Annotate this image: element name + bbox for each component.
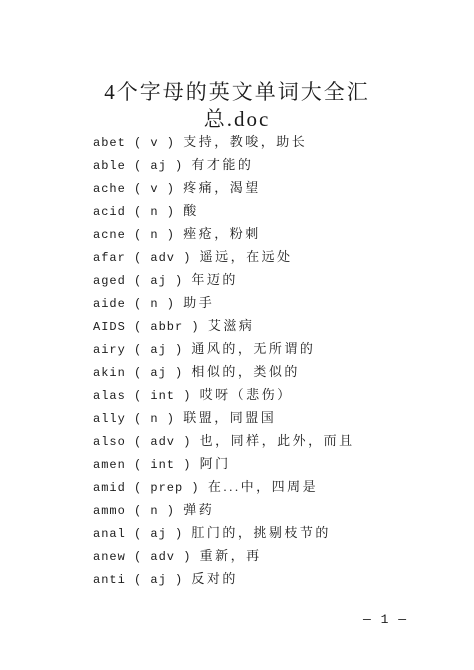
word-list-entry: akin ( aj ) 相似的，类似的 <box>93 360 444 383</box>
entry-meaning: 哎呀（悲伤） <box>200 387 293 402</box>
entry-word-and-pos: acid ( n ) <box>93 205 183 219</box>
entry-word-and-pos: anti ( aj ) <box>93 573 191 587</box>
entry-word-and-pos: abet ( v ) <box>93 136 183 150</box>
entry-word-and-pos: afar ( adv ) <box>93 251 200 265</box>
entry-meaning: 反对的 <box>191 571 238 586</box>
word-list-entry: ally ( n ) 联盟，同盟国 <box>93 406 444 429</box>
word-list-entry: acid ( n ) 酸 <box>93 199 444 222</box>
word-list-entry: amid ( prep ) 在...中，四周是 <box>93 475 444 498</box>
entry-word-and-pos: alas ( int ) <box>93 389 200 403</box>
word-list-entry: anal ( aj ) 肛门的，挑剔枝节的 <box>93 521 444 544</box>
word-list-entry: amen ( int ) 阿门 <box>93 452 444 475</box>
entry-meaning: 在...中，四周是 <box>208 479 318 494</box>
entry-word-and-pos: also ( adv ) <box>93 435 200 449</box>
word-list-entry: abet ( v ) 支持，教唆，助长 <box>93 130 444 153</box>
word-list-entry: aide ( n ) 助手 <box>93 291 444 314</box>
entry-meaning: 重新，再 <box>200 548 262 563</box>
entry-meaning: 弹药 <box>183 502 214 517</box>
word-list-entry: AIDS ( abbr ) 艾滋病 <box>93 314 444 337</box>
entry-word-and-pos: able ( aj ) <box>93 159 191 173</box>
entry-meaning: 酸 <box>183 203 199 218</box>
entry-word-and-pos: amen ( int ) <box>93 458 200 472</box>
entry-word-and-pos: akin ( aj ) <box>93 366 191 380</box>
entry-meaning: 痤疮，粉刺 <box>183 226 261 241</box>
entry-meaning: 助手 <box>183 295 214 310</box>
word-list-entry: airy ( aj ) 通风的，无所谓的 <box>93 337 444 360</box>
document-title-line1: 4个字母的英文单词大全汇 <box>104 80 370 104</box>
entry-word-and-pos: AIDS ( abbr ) <box>93 320 208 334</box>
word-list-entry: aged ( aj ) 年迈的 <box>93 268 444 291</box>
entry-word-and-pos: airy ( aj ) <box>93 343 191 357</box>
entry-word-and-pos: ally ( n ) <box>93 412 183 426</box>
word-list-entry: afar ( adv ) 遥远，在远处 <box>93 245 444 268</box>
word-list-entry: ache ( v ) 疼痛，渴望 <box>93 176 444 199</box>
word-list-entry: acne ( n ) 痤疮，粉刺 <box>93 222 444 245</box>
entry-word-and-pos: aide ( n ) <box>93 297 183 311</box>
word-list-entry: anti ( aj ) 反对的 <box>93 567 444 590</box>
word-list-entry: ammo ( n ) 弹药 <box>93 498 444 521</box>
entry-word-and-pos: ache ( v ) <box>93 182 183 196</box>
entry-meaning: 联盟，同盟国 <box>183 410 276 425</box>
document-title: 4个字母的英文单词大全汇 总.doc <box>0 79 474 133</box>
entry-meaning: 阿门 <box>200 456 231 471</box>
entry-word-and-pos: amid ( prep ) <box>93 481 208 495</box>
entry-meaning: 艾滋病 <box>208 318 255 333</box>
page-number: — 1 — <box>363 612 407 628</box>
word-list: abet ( v ) 支持，教唆，助长 able ( aj ) 有才能的 ach… <box>93 130 444 590</box>
entry-word-and-pos: ammo ( n ) <box>93 504 183 518</box>
document-title-line2: 总.doc <box>204 107 271 131</box>
entry-word-and-pos: anew ( adv ) <box>93 550 200 564</box>
word-list-entry: also ( adv ) 也，同样，此外，而且 <box>93 429 444 452</box>
entry-meaning: 有才能的 <box>191 157 253 172</box>
entry-word-and-pos: aged ( aj ) <box>93 274 191 288</box>
entry-word-and-pos: acne ( n ) <box>93 228 183 242</box>
entry-meaning: 疼痛，渴望 <box>183 180 261 195</box>
document-page: 4个字母的英文单词大全汇 总.doc abet ( v ) 支持，教唆，助长 a… <box>0 0 474 670</box>
entry-meaning: 也，同样，此外，而且 <box>200 433 355 448</box>
entry-meaning: 年迈的 <box>191 272 238 287</box>
entry-meaning: 支持，教唆，助长 <box>183 134 307 149</box>
entry-meaning: 肛门的，挑剔枝节的 <box>191 525 331 540</box>
word-list-entry: alas ( int ) 哎呀（悲伤） <box>93 383 444 406</box>
entry-meaning: 相似的，类似的 <box>191 364 300 379</box>
word-list-entry: able ( aj ) 有才能的 <box>93 153 444 176</box>
word-list-entry: anew ( adv ) 重新，再 <box>93 544 444 567</box>
entry-meaning: 通风的，无所谓的 <box>191 341 315 356</box>
entry-meaning: 遥远，在远处 <box>200 249 293 264</box>
entry-word-and-pos: anal ( aj ) <box>93 527 191 541</box>
